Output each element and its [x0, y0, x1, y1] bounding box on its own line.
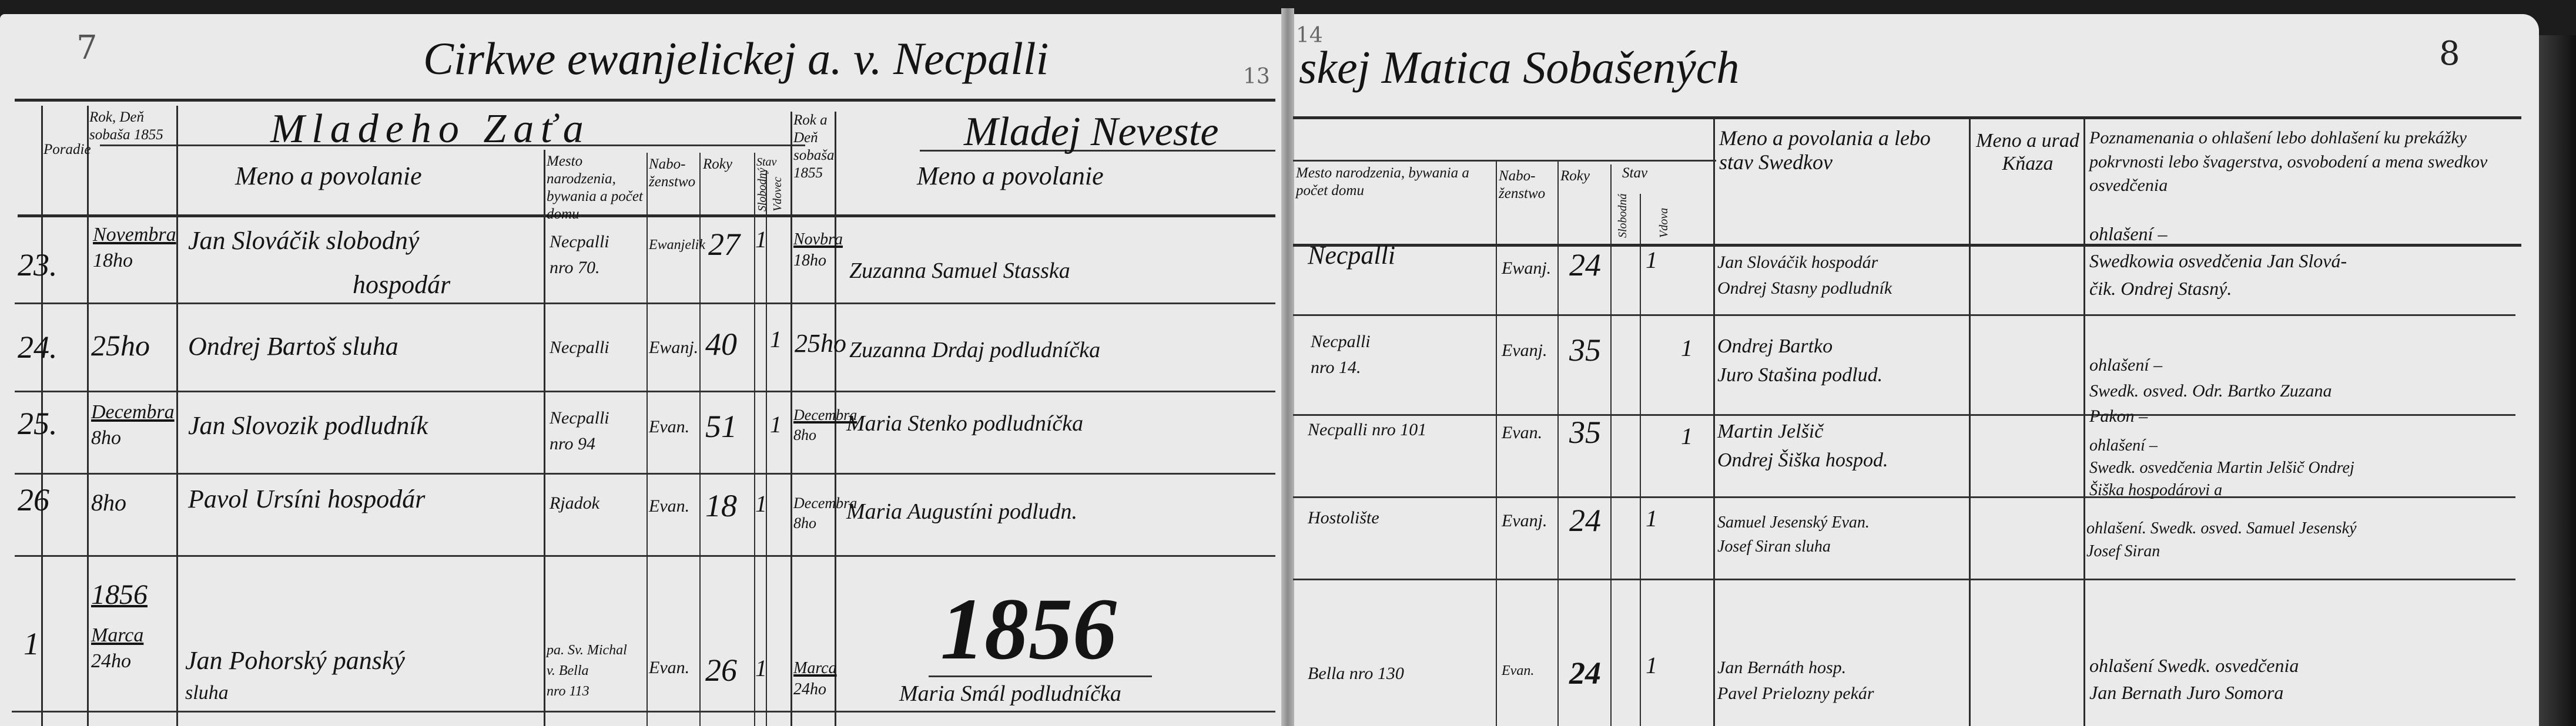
page-number-gutter-left: 13	[1243, 65, 1270, 89]
date-day: 8ho	[793, 515, 816, 532]
bride-name: Maria Augustíni podludn.	[846, 499, 1077, 525]
remark-line: Swedkowia osvedčenia Jan Slová-	[2089, 250, 2347, 271]
bride-place: Necpallinro 14.	[1311, 329, 1371, 380]
page-number-right: 8	[2439, 35, 2460, 73]
register-title-left: Cirkwe ewanjelickej a. v. Necpalli	[423, 32, 1049, 85]
bride-age: 24	[1569, 655, 1601, 691]
date-day: 24ho	[793, 680, 826, 698]
remark-line: ohlašení –	[2089, 223, 2167, 244]
col-line	[1557, 162, 1559, 726]
header-groom-name: Meno a povolanie	[235, 162, 422, 191]
row-separator	[15, 555, 1275, 557]
header-bride-status: Stav	[1622, 164, 1647, 182]
remark-line: ohlašení. Swedk. osved. Samuel Jesenský	[2086, 519, 2357, 537]
date-day: 8ho	[793, 426, 816, 443]
witness: Jan Bernáth hosp.	[1717, 658, 1846, 677]
book-edge	[2539, 35, 2576, 726]
witness: Ondrej Šiška hospod.	[1717, 449, 1888, 471]
date-month: Marca	[793, 659, 837, 677]
groom-date: Novembra18ho	[93, 222, 176, 274]
groom-name: Jan Slováčik slobodný	[188, 226, 419, 256]
header-groom-religion: Nabo-ženstwo	[649, 156, 698, 191]
groom-religion: Evan.	[649, 493, 689, 519]
groom-name: Jan Slovozik podludník	[188, 411, 428, 441]
row-number: 25.	[18, 405, 58, 442]
groom-age: 18	[705, 488, 737, 524]
groom-occupation: hospodár	[353, 270, 450, 300]
row-separator	[15, 302, 1275, 304]
place-line: v. Bella	[547, 663, 589, 678]
groom-place: Rjadok	[550, 490, 599, 516]
col-line	[544, 150, 545, 726]
header-bride-status-single: Slobodná	[1616, 197, 1630, 238]
bride-religion: Evanj.	[1502, 508, 1547, 534]
remarks: ohlašení –Swedkowia osvedčenia Jan Slová…	[2089, 220, 2347, 302]
date-month: Novbra	[793, 230, 843, 248]
year-underline	[929, 675, 1152, 677]
header-bride-place: Mesto narodzenia, bywania a počet domu	[1296, 164, 1493, 200]
bride-name: Maria Stenko podludníčka	[846, 411, 1083, 437]
col-line	[790, 112, 792, 726]
date-day: 18ho	[793, 251, 826, 270]
date-day: 18ho	[93, 250, 133, 271]
groom-status-widower: 1	[770, 411, 782, 438]
witness: Juro Stašina podlud.	[1717, 364, 1882, 386]
groom-religion: Ewanj.	[649, 335, 698, 361]
header-groom-age: Roky	[703, 156, 732, 173]
header-groom-group: Mladeho Zaťa	[270, 106, 591, 153]
row-separator	[1293, 414, 2515, 416]
remark-line: Swedk. osved. Odr. Bartko Zuzana	[2089, 381, 2332, 401]
groom-age: 27	[708, 226, 740, 263]
place-line: Necpalli	[550, 232, 609, 251]
header-groom-status-widower: Vdovec	[771, 176, 785, 211]
witness: Ondrej Bartko	[1717, 335, 1833, 357]
header-bride-name: Meno a povolanie	[917, 162, 1104, 191]
year-marker-bride: 1856	[940, 579, 1117, 680]
remark-line: Swedk. osvedčenia Martin Jelšič Ondrej	[2089, 459, 2354, 477]
col-line	[176, 106, 178, 726]
date-month: Marca	[91, 624, 143, 646]
witnesses: Jan Bernáth hosp.Pavel Prielozny pekár	[1717, 655, 1874, 706]
header-poradie: Poradie	[43, 141, 85, 159]
header-bride-status-widow: Vdova	[1657, 197, 1671, 238]
groom-religion: Evan.	[649, 414, 689, 440]
header-bride-age: Roky	[1560, 167, 1590, 185]
groom-age: 40	[705, 326, 737, 362]
row-separator	[15, 391, 1275, 392]
groom-status-single: 1	[755, 655, 767, 682]
col-line	[1713, 117, 1715, 726]
bride-status-widow: 1	[1681, 423, 1693, 450]
groom-age: 51	[705, 408, 737, 445]
remark-line: Pakon –	[2089, 406, 2148, 426]
witness: Martin Jelšič	[1717, 421, 1823, 442]
row-number: 24.	[18, 329, 58, 365]
witness: Josef Siran sluha	[1717, 537, 1831, 556]
header-bride-religion: Nabo-ženstwo	[1499, 167, 1555, 203]
col-line	[1640, 194, 1641, 726]
witness: Pavel Prielozny pekár	[1717, 684, 1874, 703]
witness: Samuel Jesenský Evan.	[1717, 513, 1870, 532]
remarks: ohlašení. Swedk. osved. Samuel JesenskýJ…	[2086, 517, 2357, 563]
col-line	[646, 153, 648, 726]
bride-date: 25ho	[795, 329, 846, 359]
date-day: 24ho	[91, 650, 131, 672]
place-line: Necpalli	[1311, 332, 1371, 351]
bride-age: 35	[1569, 332, 1601, 368]
groom-name: Pavol Ursíni hospodár	[188, 485, 425, 515]
date-day: 8ho	[91, 427, 121, 449]
witness: Jan Slováčik hospodár	[1717, 253, 1878, 272]
remark-line: ohlašení –	[2089, 355, 2162, 375]
remark-line: Jan Bernath Juro Somora	[2089, 682, 2283, 703]
bride-place: Necpalli	[1308, 241, 1395, 271]
groom-date: 8ho	[91, 488, 126, 518]
groom-date: Marca24ho	[91, 623, 143, 674]
place-line: nro 94	[550, 434, 595, 453]
place-line: Necpalli	[550, 408, 609, 428]
remark-line: Josef Siran	[2086, 542, 2160, 560]
place-line: pa. Sv. Michal	[547, 643, 627, 658]
col-line	[1496, 162, 1497, 726]
place-line: nro 70.	[550, 258, 600, 277]
witness: Ondrej Stasny podludník	[1717, 278, 1892, 298]
groom-status-single: 1	[755, 226, 767, 253]
bride-religion: Ewanj.	[1502, 256, 1551, 281]
bride-date: Novbra18ho	[793, 229, 843, 272]
rule-top-right	[1293, 116, 2521, 119]
header-date-bride: Rok a Deň sobaša 1855	[793, 112, 833, 182]
year-marker-groom: 1856	[91, 579, 148, 611]
groom-date: 25ho	[91, 329, 150, 363]
date-month: Decembra	[91, 401, 175, 423]
groom-age: 26	[705, 652, 737, 688]
bride-place: Bella nro 130	[1308, 661, 1404, 687]
remark-line: ohlašení –	[2089, 436, 2158, 455]
witnesses: Ondrej BartkoJuro Stašina podlud.	[1717, 332, 1882, 390]
bride-status-single: 1	[1646, 505, 1657, 532]
bride-status-widow: 1	[1681, 335, 1693, 362]
witnesses: Samuel Jesenský Evan.Josef Siran sluha	[1717, 511, 1870, 559]
groom-status-single: 1	[755, 490, 767, 517]
header-groom-status: Stav	[756, 156, 776, 169]
groom-place: pa. Sv. Michalv. Bellanro 113	[547, 640, 627, 701]
header-witnesses: Meno a povolania a lebo stav Swedkov	[1719, 126, 1966, 175]
groom-status-widower: 1	[770, 326, 782, 353]
bride-name: Zuzanna Drdaj podludníčka	[849, 338, 1100, 364]
bride-religion: Evan.	[1502, 420, 1542, 446]
row-number: 23.	[18, 247, 58, 283]
rule-bride-group-right	[1293, 160, 1716, 162]
remark-line: čik. Ondrej Stasný.	[2089, 278, 2232, 299]
rule-top	[15, 99, 1275, 102]
header-priest: Meno a urad Kňaza	[1975, 129, 2081, 175]
bride-status-single: 1	[1646, 652, 1657, 679]
book-gutter	[1281, 8, 1294, 726]
col-line	[2083, 117, 2085, 726]
header-bride-group: Mladej Neveste	[964, 109, 1218, 156]
row-separator	[15, 473, 1275, 475]
witnesses: Martin JelšičOndrej Šiška hospod.	[1717, 417, 1888, 475]
header-groom-status-single: Slobodný	[756, 176, 769, 211]
bride-age: 24	[1569, 502, 1601, 539]
groom-religion: Evan.	[649, 655, 689, 681]
row-number: 1	[24, 626, 39, 662]
bride-status-single: 1	[1646, 247, 1657, 274]
remark-line: ohlašení Swedk. osvedčenia	[2089, 655, 2299, 676]
groom-date: Decembra8ho	[91, 399, 175, 451]
col-line	[1610, 164, 1612, 726]
col-line	[1969, 117, 1971, 726]
header-remarks: Poznamenania o ohlašení lebo dohlašení k…	[2089, 126, 2536, 198]
groom-place: Necpallinro 70.	[550, 229, 609, 280]
col-line	[766, 170, 767, 726]
bride-religion: Evan.	[1502, 661, 1534, 681]
groom-name: Jan Pohorský panský	[185, 646, 405, 676]
bride-date: Marca24ho	[793, 658, 837, 701]
date-month: Novembra	[93, 224, 176, 246]
bride-age: 24	[1569, 247, 1601, 283]
groom-place: Necpallinro 94	[550, 405, 609, 456]
groom-occupation: sluha	[185, 681, 229, 704]
remarks: ohlašení Swedk. osvedčeniaJan Bernath Ju…	[2089, 652, 2299, 707]
right-page	[1290, 14, 2539, 726]
bride-place: Hostolište	[1308, 505, 1379, 531]
bride-name: Zuzanna Samuel Stasska	[849, 258, 1070, 284]
bride-religion: Evanj.	[1502, 338, 1547, 364]
place-line: nro 14.	[1311, 358, 1361, 377]
groom-religion: Ewanjelik	[649, 235, 705, 256]
groom-name: Ondrej Bartoš sluha	[188, 332, 398, 362]
page-number-left: 7	[76, 29, 98, 67]
place-line: nro 113	[547, 684, 589, 699]
header-groom-place: Mesto narodzenia, bywania a počet domu	[547, 153, 645, 223]
header-date-groom: Rok, Deň sobaša 1855	[89, 109, 175, 144]
col-line	[87, 106, 89, 726]
remarks: ohlašení –Swedk. osved. Odr. Bartko Zuza…	[2089, 352, 2332, 429]
remark-line: Šiška hospodárovi a	[2089, 481, 2222, 499]
row-number: 26	[18, 482, 49, 518]
row-separator	[12, 711, 1275, 712]
groom-place: Necpalli	[550, 335, 609, 361]
row-separator	[1293, 579, 2515, 580]
register-title-right: skej Matica Sobašených	[1299, 41, 1739, 94]
remarks: ohlašení –Swedk. osvedčenia Martin Jelši…	[2089, 435, 2354, 501]
bride-age: 35	[1569, 414, 1601, 451]
row-separator	[1293, 314, 2515, 316]
bride-place: Necpalli nro 101	[1308, 417, 1426, 443]
witnesses: Jan Slováčik hospodárOndrej Stasny podlu…	[1717, 250, 1892, 301]
bride-name: Maria Smál podludníčka	[899, 681, 1121, 707]
